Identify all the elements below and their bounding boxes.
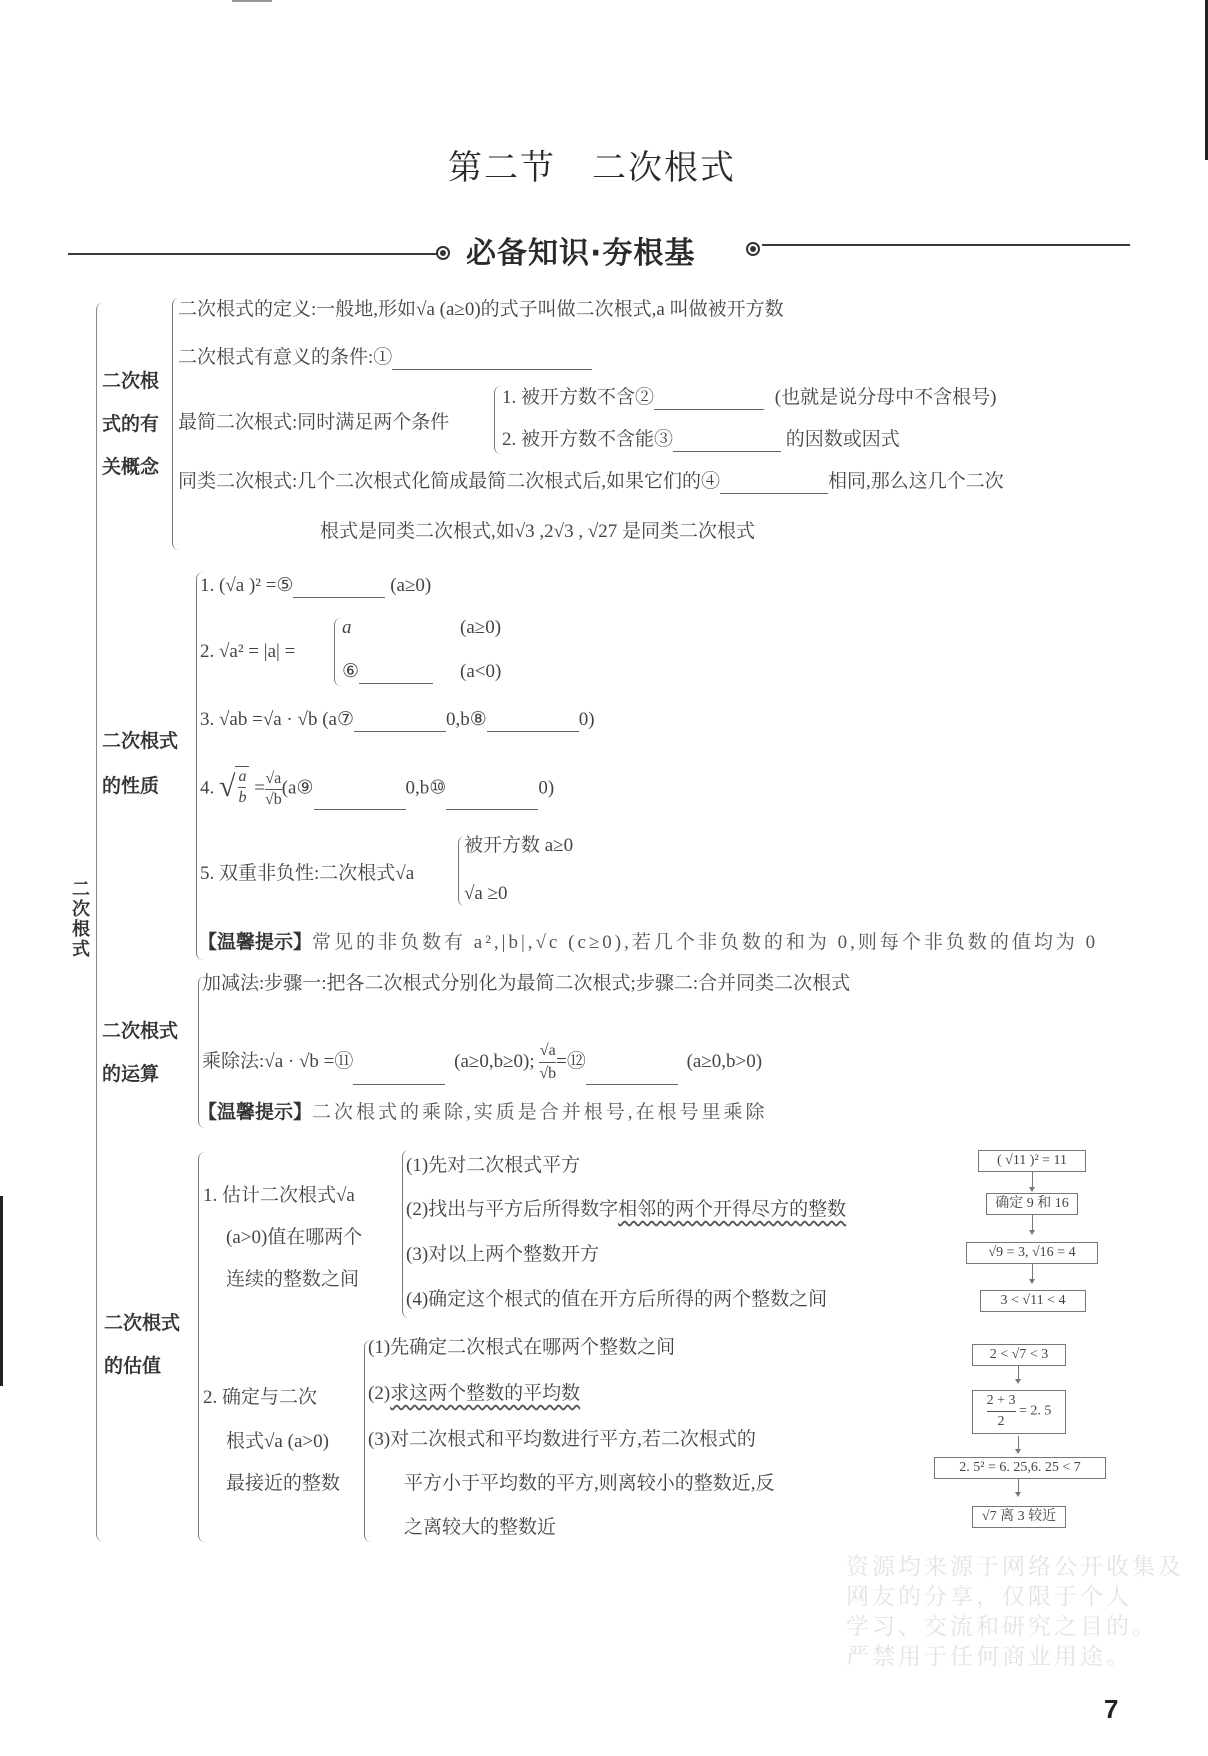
blank-8[interactable] [487, 711, 579, 732]
properties-label-line2: 的性质 [102, 765, 159, 808]
down-arrow-icon [1032, 1172, 1033, 1188]
blank-7[interactable] [354, 711, 446, 732]
property-1-formula: 1. (√a )² =⑤ [200, 575, 293, 596]
blank-12[interactable] [586, 1064, 678, 1085]
property-1: 1. (√a )² =⑤ (a≥0) [200, 574, 431, 598]
avg-result: = 2. 5 [1019, 1404, 1051, 1419]
method-2-label-line1: 2. 确定与二次 [203, 1386, 317, 1410]
blank-1[interactable] [392, 349, 592, 370]
down-arrow-icon [1018, 1366, 1019, 1380]
blank-4[interactable] [720, 473, 828, 494]
blank-10[interactable] [446, 789, 538, 810]
definition-text: 二次根式的定义:一般地,形如√a (a≥0)的式子叫做二次根式,a 叫做被开方数 [178, 298, 784, 322]
simplest-condition-2-note: 的因数或因式 [786, 429, 900, 450]
property-4-number: 4. [200, 777, 214, 798]
simplest-condition-1-note: (也就是说分母中不含根号) [775, 387, 997, 408]
similar-radical-text-end: 相同,那么这几个二次 [828, 471, 1004, 492]
property-4-end: 0) [538, 777, 554, 798]
fraction-denominator: b [238, 788, 246, 808]
property-2: 2. √a² = |a| = [200, 640, 295, 664]
blank-11[interactable] [353, 1064, 445, 1085]
method-1-label-line3: 连续的整数之间 [226, 1268, 359, 1292]
property-1-condition: (a≥0) [390, 575, 431, 596]
tip-body: 常见的非负数有 a²,|b|,√c (c≥0),若几个非负数的和为 0,则每个非… [312, 932, 1098, 953]
property-4-rhs-fraction: √a√b [265, 769, 282, 810]
property-5-case-2: √a ≥0 [464, 882, 508, 906]
multiply-condition: (a≥0,b≥0); [454, 1051, 534, 1072]
blank-3[interactable] [673, 431, 781, 452]
property-3-mid: 0,b⑧ [446, 709, 487, 730]
property-2-case-2-cond: (a<0) [460, 660, 501, 684]
example-2-box-2: 2 + 32 = 2. 5 [972, 1390, 1066, 1434]
method-1-label-line2: (a>0)值在哪两个 [226, 1226, 362, 1250]
subtitle-rule-right [762, 244, 1130, 246]
property-2-case-1-value: a [342, 617, 352, 638]
operations-label-line1: 二次根式 [102, 1010, 178, 1053]
method-2-step-2: (2)求这两个整数的平均数 [368, 1382, 580, 1406]
operations-tip: 【温馨提示】二次根式的乘除,实质是合并根号,在根号里乘除 [198, 1100, 768, 1125]
example-1-box-1: ( √11 )² = 11 [978, 1150, 1086, 1172]
property-2-case-1: a [342, 616, 352, 640]
rhs-numerator: √a [265, 769, 282, 790]
divide-condition: (a≥0,b>0) [687, 1051, 762, 1072]
tip-label: 【温馨提示】 [198, 1101, 312, 1123]
ring-ornament-right [746, 242, 760, 256]
similar-radical-line2: 根式是同类二次根式,如√3 ,2√3 , √27 是同类二次根式 [320, 520, 755, 544]
method-1-step-3: (3)对以上两个整数开方 [406, 1243, 599, 1267]
method-2-step-2-emphasis: 求这两个整数的平均数 [390, 1383, 580, 1404]
property-3: 3. √ab =√a · √b (a⑦0,b⑧0) [200, 708, 595, 732]
method-2-step-1: (1)先确定二次根式在哪两个整数之间 [368, 1336, 675, 1360]
section-title: 第二节 二次根式 [448, 140, 736, 189]
properties-brace [196, 572, 203, 960]
property-2-case-2: ⑥ [342, 660, 433, 684]
page-edge-top [232, 0, 272, 2]
estimation-brace [198, 1152, 205, 1542]
root-label: 二次根式 [71, 880, 91, 960]
property-4-cond: (a⑨ [282, 777, 314, 798]
similar-radical-line1: 同类二次根式:几个二次根式化简成最简二次根式后,如果它们的④相同,那么这几个二次 [178, 470, 1004, 494]
example-2-box-4: √7 离 3 较近 [972, 1506, 1066, 1528]
watermark-line-1: 资源均来源于网络公开收集及 [846, 1552, 1184, 1582]
subtitle-rule-left [68, 253, 438, 255]
method-1-step-1: (1)先对二次根式平方 [406, 1154, 580, 1178]
meaningful-condition-label: 二次根式有意义的条件:① [178, 347, 392, 368]
property-2-case-1-cond: (a≥0) [460, 616, 501, 640]
method-1-step-2: (2)找出与平方后所得数字相邻的两个开得尽方的整数 [406, 1198, 846, 1222]
properties-label-line1: 二次根式 [102, 720, 178, 763]
property-4: 4. √ab =√a√b(a⑨0,b⑩0) [200, 768, 554, 810]
estimation-label-line2: 的估值 [104, 1345, 161, 1388]
multiply-formula: 乘除法:√a · √b =⑪ [202, 1051, 353, 1072]
blank-5[interactable] [293, 577, 385, 598]
subtitle: 必备知识·夯根基 [466, 228, 695, 272]
operations-label-line2: 的运算 [102, 1053, 159, 1096]
down-arrow-icon [1032, 1264, 1033, 1280]
example-1-box-4: 3 < √11 < 4 [980, 1290, 1086, 1312]
example-2-box-1: 2 < √7 < 3 [972, 1344, 1066, 1366]
property-4-sqrt-fraction: √ab [219, 766, 249, 808]
example-1-box-2: 确定 9 和 16 [986, 1193, 1078, 1215]
concepts-label-line3: 关概念 [102, 446, 159, 489]
property-2-brace [334, 618, 341, 686]
property-2-case-2-value: ⑥ [342, 661, 359, 682]
simplest-condition-1: 1. 被开方数不含② (也就是说分母中不含根号) [502, 386, 996, 410]
simplest-brace [494, 386, 501, 454]
tip-label: 【温馨提示】 [198, 931, 312, 953]
properties-tip: 【温馨提示】常见的非负数有 a²,|b|,√c (c≥0),若几个非负数的和为 … [198, 930, 1098, 955]
blank-6[interactable] [359, 663, 433, 684]
estimation-label-line1: 二次根式 [104, 1302, 180, 1345]
tip-body: 二次根式的乘除,实质是合并根号,在根号里乘除 [312, 1102, 768, 1123]
simplest-condition-1-text: 1. 被开方数不含② [502, 387, 654, 408]
concepts-label-line1: 二次根 [102, 360, 159, 403]
page-number: 7 [1104, 1694, 1118, 1725]
ring-ornament-left [436, 246, 450, 260]
divide-fraction: √a√b [539, 1040, 556, 1085]
property-3-formula: 3. √ab =√a · √b (a⑦ [200, 709, 354, 730]
divide-equals: =⑫ [556, 1051, 586, 1072]
method-2-label-line2: 根式√a (a>0) [226, 1430, 329, 1454]
avg-denominator: 2 [987, 1412, 1016, 1432]
simplest-condition-2: 2. 被开方数不含能③ 的因数或因式 [502, 428, 900, 452]
property-5: 5. 双重非负性:二次根式√a [200, 862, 414, 886]
fraction-numerator: a [238, 767, 246, 788]
property-3-end: 0) [579, 709, 595, 730]
method-2-step-3-line2: 平方小于平均数的平方,则离较小的整数近,反 [404, 1472, 775, 1496]
property-4-mid: 0,b⑩ [406, 777, 447, 798]
method-1-step-2-text: (2)找出与平方后所得数字 [406, 1199, 618, 1220]
simplest-condition-2-text: 2. 被开方数不含能③ [502, 429, 673, 450]
fraction-box: 2 + 32 [987, 1391, 1016, 1432]
method-2-step-3-line3: 之离较大的整数近 [404, 1516, 556, 1540]
watermark-line-3: 学习、交流和研究之目的。 [846, 1612, 1184, 1642]
down-arrow-icon [1018, 1479, 1019, 1493]
method-2-label-line3: 最接近的整数 [226, 1472, 340, 1496]
meaningful-condition: 二次根式有意义的条件:① [178, 346, 592, 370]
blank-9[interactable] [314, 789, 406, 810]
concepts-label-line2: 式的有 [102, 403, 159, 446]
method-1-step-2-emphasis: 相邻的两个开得尽方的整数 [618, 1199, 846, 1220]
method-1-label-line1: 1. 估计二次根式√a [203, 1184, 355, 1208]
avg-numerator: 2 + 3 [987, 1391, 1016, 1412]
example-1-box-3: √9 = 3, √16 = 4 [966, 1242, 1098, 1264]
down-arrow-icon [1018, 1436, 1019, 1450]
watermark: 资源均来源于网络公开收集及 网友的分享，仅限于个人 学习、交流和研究之目的。 严… [846, 1552, 1184, 1672]
watermark-line-2: 网友的分享，仅限于个人 [846, 1582, 1184, 1612]
divide-denominator: √b [539, 1063, 556, 1085]
method-2-step-2-number: (2) [368, 1383, 390, 1404]
rhs-denominator: √b [265, 790, 282, 810]
simplest-radical-label: 最简二次根式:同时满足两个条件 [178, 411, 449, 435]
page-edge-left [0, 1196, 3, 1386]
method-1-step-4: (4)确定这个根式的值在开方后所得的两个整数之间 [406, 1288, 827, 1312]
add-subtract-rule: 加减法:步骤一:把各二次根式分别化为最简二次根式;步骤二:合并同类二次根式 [202, 972, 850, 996]
down-arrow-icon [1032, 1215, 1033, 1231]
example-2-box-3: 2. 5² = 6. 25,6. 25 < 7 [934, 1457, 1106, 1479]
property-5-case-1: 被开方数 a≥0 [464, 834, 573, 858]
blank-2[interactable] [654, 389, 764, 410]
multiply-divide-rule: 乘除法:√a · √b =⑪ (a≥0,b≥0); √a√b=⑫ (a≥0,b>… [202, 1040, 762, 1085]
divide-numerator: √a [539, 1040, 556, 1063]
similar-radical-text: 同类二次根式:几个二次根式化简成最简二次根式后,如果它们的④ [178, 471, 720, 492]
watermark-line-4: 严禁用于任何商业用途。 [846, 1642, 1184, 1672]
method-2-step-3-line1: (3)对二次根式和平均数进行平方,若二次根式的 [368, 1428, 756, 1452]
